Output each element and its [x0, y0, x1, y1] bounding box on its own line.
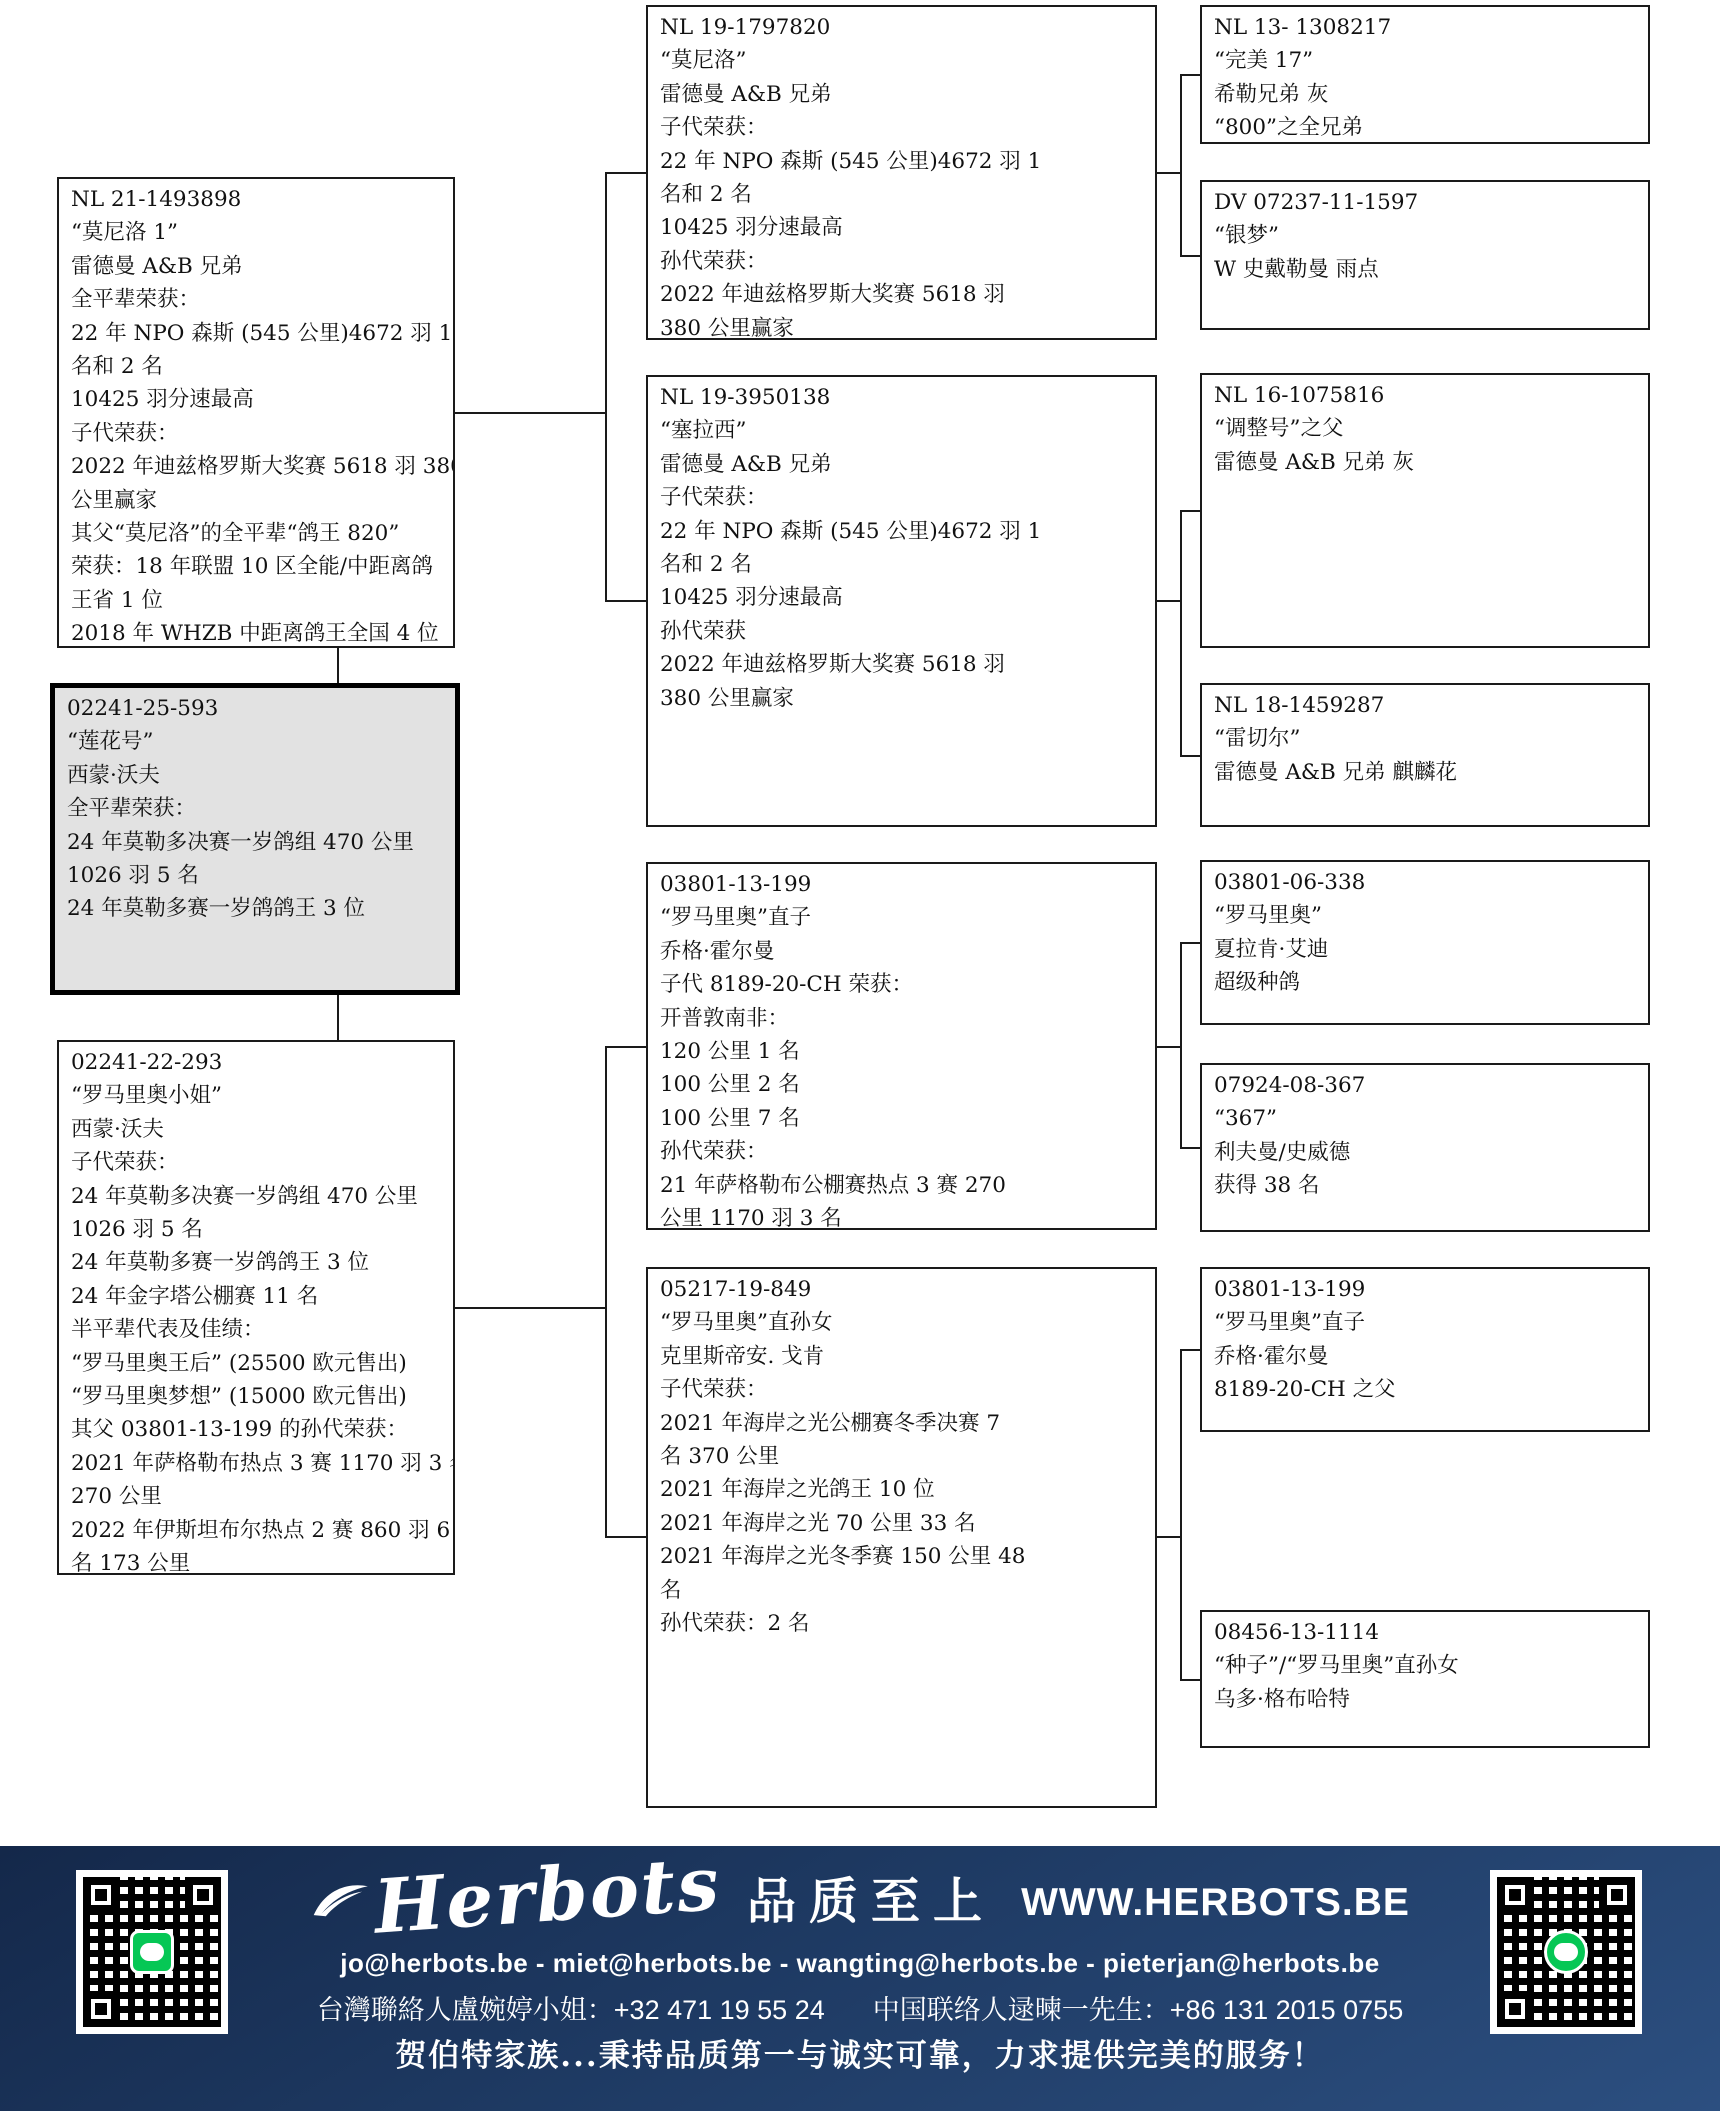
herbots-logo-text: Herbots — [372, 1847, 723, 1945]
text-line: 子代荣获： — [660, 481, 1151, 514]
banner-brand-row: Herbots 品质至上 WWW.HERBOTS.BE — [240, 1852, 1480, 1944]
connector-line — [605, 1046, 646, 1048]
text-line: W 史戴勒曼 雨点 — [1214, 253, 1644, 286]
connector-line — [455, 1307, 606, 1309]
text-line: 子代荣获： — [660, 1373, 1151, 1406]
text-line: “莫尼洛” — [660, 44, 1151, 77]
text-line: 公里 1170 羽 3 名 — [660, 1202, 1151, 1230]
text-line: 10425 羽分速最高 — [660, 581, 1151, 614]
text-line: 24 年莫勒多赛一岁鸽鸽王 3 位 — [67, 892, 451, 925]
text-line: 其父“莫尼洛”的全平辈“鸽王 820” — [71, 517, 449, 550]
text-line: “莫尼洛 1” — [71, 216, 449, 249]
banner-website: WWW.HERBOTS.BE — [1021, 1881, 1410, 1925]
qr-finder-icon — [83, 1991, 119, 2027]
footer-banner: Herbots 品质至上 WWW.HERBOTS.BE jo@herbots.b… — [0, 1846, 1720, 2111]
text-line: 08456-13-1114 — [1214, 1616, 1644, 1649]
banner-slogan: 品质至上 — [747, 1863, 995, 1933]
text-line: “罗马里奥”直子 — [1214, 1306, 1644, 1339]
connector-line — [1180, 942, 1182, 1149]
qr-finder-icon — [185, 1877, 221, 1913]
text-line: 乔格·霍尔曼 — [660, 935, 1151, 968]
text-line: “塞拉西” — [660, 414, 1151, 447]
text-line: 乌多·格布哈特 — [1214, 1683, 1644, 1716]
text-line: 10425 羽分速最高 — [660, 211, 1151, 244]
text-line: 2021 年海岸之光鸽王 10 位 — [660, 1473, 1151, 1506]
connector-line — [1180, 1679, 1200, 1681]
pedigree-box-ggp-8: 08456-13-1114“种子”/“罗马里奥”直孙女乌多·格布哈特 — [1200, 1610, 1650, 1748]
connector-line — [1180, 1349, 1182, 1681]
text-line: 孙代荣获： — [660, 1135, 1151, 1168]
text-line: 孙代荣获： — [660, 245, 1151, 278]
pedigree-box-ggp-1: NL 13- 1308217“完美 17”希勒兄弟 灰“800”之全兄弟 — [1200, 5, 1650, 144]
qr-code-line — [76, 1870, 228, 2034]
text-line: 荣获：18 年联盟 10 区全能/中距离鸽 — [71, 550, 449, 583]
text-line: 22 年 NPO 森斯 (545 公里)4672 羽 1 — [71, 317, 449, 350]
text-line: 雷德曼 A&B 兄弟 — [660, 78, 1151, 111]
text-line: 24 年莫勒多决赛一岁鸽组 470 公里 — [71, 1180, 449, 1213]
text-line: 22 年 NPO 森斯 (545 公里)4672 羽 1 — [660, 515, 1151, 548]
text-line: NL 19-1797820 — [660, 11, 1151, 44]
text-line: “莲花号” — [67, 725, 451, 758]
connector-line — [1157, 600, 1182, 602]
text-line: NL 18-1459287 — [1214, 689, 1644, 722]
text-line: 2022 年迪兹格罗斯大奖赛 5618 羽 — [660, 278, 1151, 311]
text-line: “罗马里奥”直孙女 — [660, 1306, 1151, 1339]
pedigree-box-ggp-3: NL 16-1075816“调整号”之父雷德曼 A&B 兄弟 灰 — [1200, 373, 1650, 648]
qr-pattern — [1497, 1877, 1635, 2027]
pedigree-document: NL 21-1493898“莫尼洛 1”雷德曼 A&B 兄弟全平辈荣获：22 年… — [0, 0, 1720, 2111]
text-line: 21 年萨格勒布公棚赛热点 3 赛 270 — [660, 1169, 1151, 1202]
text-line: 2021 年海岸之光公棚赛冬季决赛 7 — [660, 1407, 1151, 1440]
feather-icon — [309, 1879, 374, 1923]
qr-code-wechat — [1490, 1870, 1642, 2034]
text-line: 雷德曼 A&B 兄弟 麒麟花 — [1214, 756, 1644, 789]
text-line: 2022 年伊斯坦布尔热点 2 赛 860 羽 6 — [71, 1514, 449, 1547]
banner-emails: jo@herbots.be - miet@herbots.be - wangti… — [240, 1948, 1480, 1979]
qr-finder-icon — [1497, 1877, 1533, 1913]
connector-line — [1180, 510, 1182, 757]
contact-taiwan: 台灣聯絡人盧婉婷小姐：+32 471 19 55 24 — [317, 1988, 825, 2027]
text-line: 克里斯帝安. 戈肯 — [660, 1340, 1151, 1373]
text-line: 名 173 公里 — [71, 1547, 449, 1575]
connector-line — [1180, 1349, 1200, 1351]
connector-line — [455, 412, 606, 414]
text-line: 乔格·霍尔曼 — [1214, 1340, 1644, 1373]
connector-line — [1157, 172, 1182, 174]
pedigree-box-ggp-4: NL 18-1459287“雷切尔”雷德曼 A&B 兄弟 麒麟花 — [1200, 683, 1650, 827]
text-line: “罗马里奥小姐” — [71, 1079, 449, 1112]
text-line: 1026 羽 5 名 — [71, 1213, 449, 1246]
text-line: “罗马里奥梦想” (15000 欧元售出) — [71, 1380, 449, 1413]
text-line: 名和 2 名 — [71, 350, 449, 383]
qr-finder-icon — [1599, 1877, 1635, 1913]
connector-line — [337, 995, 339, 1040]
chat-bubble-icon — [140, 1943, 164, 1961]
text-line: 其父 03801-13-199 的孙代荣获： — [71, 1413, 449, 1446]
text-line: 24 年莫勒多决赛一岁鸽组 470 公里 — [67, 826, 451, 859]
text-line: 雷德曼 A&B 兄弟 — [71, 250, 449, 283]
text-line: 孙代荣获：2 名 — [660, 1607, 1151, 1640]
text-line: NL 21-1493898 — [71, 183, 449, 216]
pedigree-box-ggp-2: DV 07237-11-1597“银梦”W 史戴勒曼 雨点 — [1200, 180, 1650, 330]
connector-line — [1157, 1536, 1182, 1538]
text-line: 孙代荣获 — [660, 615, 1151, 648]
text-line: 名和 2 名 — [660, 178, 1151, 211]
text-line: 2021 年萨格勒布热点 3 赛 1170 羽 3 名 — [71, 1447, 449, 1480]
connector-line — [1180, 74, 1182, 257]
text-line: 2021 年海岸之光冬季赛 150 公里 48 — [660, 1540, 1151, 1573]
text-line: 100 公里 2 名 — [660, 1068, 1151, 1101]
text-line: 03801-06-338 — [1214, 866, 1644, 899]
text-line: 2022 年迪兹格罗斯大奖赛 5618 羽 — [660, 648, 1151, 681]
text-line: “367” — [1214, 1102, 1644, 1135]
connector-line — [1180, 510, 1200, 512]
text-line: 名 — [660, 1574, 1151, 1607]
connector-line — [605, 600, 646, 602]
wechat-icon — [1544, 1930, 1588, 1974]
text-line: 全平辈荣获： — [67, 792, 451, 825]
text-line: NL 16-1075816 — [1214, 379, 1644, 412]
text-line: 380 公里赢家 — [660, 682, 1151, 715]
text-line: “罗马里奥”直子 — [660, 901, 1151, 934]
text-line: 24 年金字塔公棚赛 11 名 — [71, 1280, 449, 1313]
text-line: 24 年莫勒多赛一岁鸽鸽王 3 位 — [71, 1246, 449, 1279]
connector-line — [1157, 1046, 1182, 1048]
pedigree-box-ggp-5: 03801-06-338“罗马里奥”夏拉肯·艾迪超级种鸽 — [1200, 860, 1650, 1025]
text-line: 公里赢家 — [71, 484, 449, 517]
text-line: 半平辈代表及佳绩： — [71, 1313, 449, 1346]
text-line: 子代荣获： — [71, 417, 449, 450]
text-line: 03801-13-199 — [1214, 1273, 1644, 1306]
text-line: “种子”/“罗马里奥”直孙女 — [1214, 1649, 1644, 1682]
pedigree-box-sire-sire: NL 19-1797820“莫尼洛”雷德曼 A&B 兄弟子代荣获：22 年 NP… — [646, 5, 1157, 340]
text-line: 利夫曼/史威德 — [1214, 1136, 1644, 1169]
text-line: 03801-13-199 — [660, 868, 1151, 901]
banner-tagline: 贺伯特家族...秉持品质第一与诚实可靠，力求提供完美的服务！ — [240, 2030, 1480, 2075]
text-line: 05217-19-849 — [660, 1273, 1151, 1306]
chat-bubble-icon — [1554, 1943, 1578, 1961]
contact-china: 中国联络人逯暕一先生：+86 131 2015 0755 — [873, 1988, 1403, 2027]
text-line: 07924-08-367 — [1214, 1069, 1644, 1102]
text-line: “雷切尔” — [1214, 722, 1644, 755]
text-line: “完美 17” — [1214, 44, 1644, 77]
text-line: 270 公里 — [71, 1480, 449, 1513]
text-line: 120 公里 1 名 — [660, 1035, 1151, 1068]
text-line: “800”之全兄弟 — [1214, 111, 1644, 144]
text-line: 100 公里 7 名 — [660, 1102, 1151, 1135]
text-line: 2021 年海岸之光 70 公里 33 名 — [660, 1507, 1151, 1540]
text-line: 雷德曼 A&B 兄弟 — [660, 448, 1151, 481]
text-line: 王省 1 位 — [71, 584, 449, 617]
pedigree-box-dam-dam: 05217-19-849“罗马里奥”直孙女克里斯帝安. 戈肯子代荣获：2021 … — [646, 1267, 1157, 1808]
herbots-logo: Herbots — [308, 1847, 723, 1949]
text-line: 2018 年 WHZB 中距离鸽王全国 4 位 — [71, 617, 449, 648]
connector-line — [605, 172, 646, 174]
text-line: NL 19-3950138 — [660, 381, 1151, 414]
pedigree-box-sire: NL 21-1493898“莫尼洛 1”雷德曼 A&B 兄弟全平辈荣获：22 年… — [57, 177, 455, 648]
text-line: NL 13- 1308217 — [1214, 11, 1644, 44]
connector-line — [337, 648, 339, 683]
connector-line — [1180, 755, 1200, 757]
pedigree-box-dam-sire: 03801-13-199“罗马里奥”直子乔格·霍尔曼子代 8189-20-CH … — [646, 862, 1157, 1230]
text-line: 希勒兄弟 灰 — [1214, 78, 1644, 111]
qr-finder-icon — [83, 1877, 119, 1913]
connector-line — [605, 172, 607, 602]
connector-line — [1180, 1147, 1200, 1149]
pedigree-box-ggp-6: 07924-08-367“367”利夫曼/史威德获得 38 名 — [1200, 1063, 1650, 1232]
text-line: 夏拉肯·艾迪 — [1214, 933, 1644, 966]
pedigree-box-dam: 02241-22-293“罗马里奥小姐”西蒙·沃夫子代荣获：24 年莫勒多决赛一… — [57, 1040, 455, 1575]
text-line: 380 公里赢家 — [660, 312, 1151, 340]
connector-line — [1180, 74, 1200, 76]
text-line: 开普敦南非： — [660, 1002, 1151, 1035]
text-line: 获得 38 名 — [1214, 1169, 1644, 1202]
text-line: “罗马里奥” — [1214, 899, 1644, 932]
connector-line — [605, 1536, 646, 1538]
text-line: 西蒙·沃夫 — [71, 1113, 449, 1146]
line-app-icon — [130, 1930, 174, 1974]
text-line: “罗马里奥王后” (25500 欧元售出) — [71, 1347, 449, 1380]
text-line: “银梦” — [1214, 219, 1644, 252]
pedigree-box-sire-dam: NL 19-3950138“塞拉西”雷德曼 A&B 兄弟子代荣获：22 年 NP… — [646, 375, 1157, 827]
text-line: 2022 年迪兹格罗斯大奖赛 5618 羽 380 — [71, 450, 449, 483]
text-line: 名 370 公里 — [660, 1440, 1151, 1473]
pedigree-box-ggp-7: 03801-13-199“罗马里奥”直子乔格·霍尔曼8189-20-CH 之父 — [1200, 1267, 1650, 1432]
text-line: 22 年 NPO 森斯 (545 公里)4672 羽 1 — [660, 145, 1151, 178]
qr-finder-icon — [1497, 1991, 1533, 2027]
banner-contacts: 台灣聯絡人盧婉婷小姐：+32 471 19 55 24 中国联络人逯暕一先生：+… — [240, 1988, 1480, 2027]
text-line: 雷德曼 A&B 兄弟 灰 — [1214, 446, 1644, 479]
text-line: 1026 羽 5 名 — [67, 859, 451, 892]
text-line: 10425 羽分速最高 — [71, 383, 449, 416]
pedigree-box-subject: 02241-25-593“莲花号”西蒙·沃夫全平辈荣获：24 年莫勒多决赛一岁鸽… — [50, 683, 460, 995]
text-line: DV 07237-11-1597 — [1214, 186, 1644, 219]
text-line: 02241-25-593 — [67, 692, 451, 725]
text-line: 全平辈荣获： — [71, 283, 449, 316]
text-line: 子代 8189-20-CH 荣获： — [660, 968, 1151, 1001]
text-line: 超级种鸽 — [1214, 966, 1644, 999]
text-line: 西蒙·沃夫 — [67, 759, 451, 792]
text-line: 子代荣获： — [660, 111, 1151, 144]
text-line: “调整号”之父 — [1214, 412, 1644, 445]
connector-line — [605, 1046, 607, 1538]
text-line: 02241-22-293 — [71, 1046, 449, 1079]
connector-line — [1180, 255, 1200, 257]
text-line: 8189-20-CH 之父 — [1214, 1373, 1644, 1406]
text-line: 子代荣获： — [71, 1146, 449, 1179]
qr-pattern — [83, 1877, 221, 2027]
text-line: 名和 2 名 — [660, 548, 1151, 581]
connector-line — [1180, 942, 1200, 944]
